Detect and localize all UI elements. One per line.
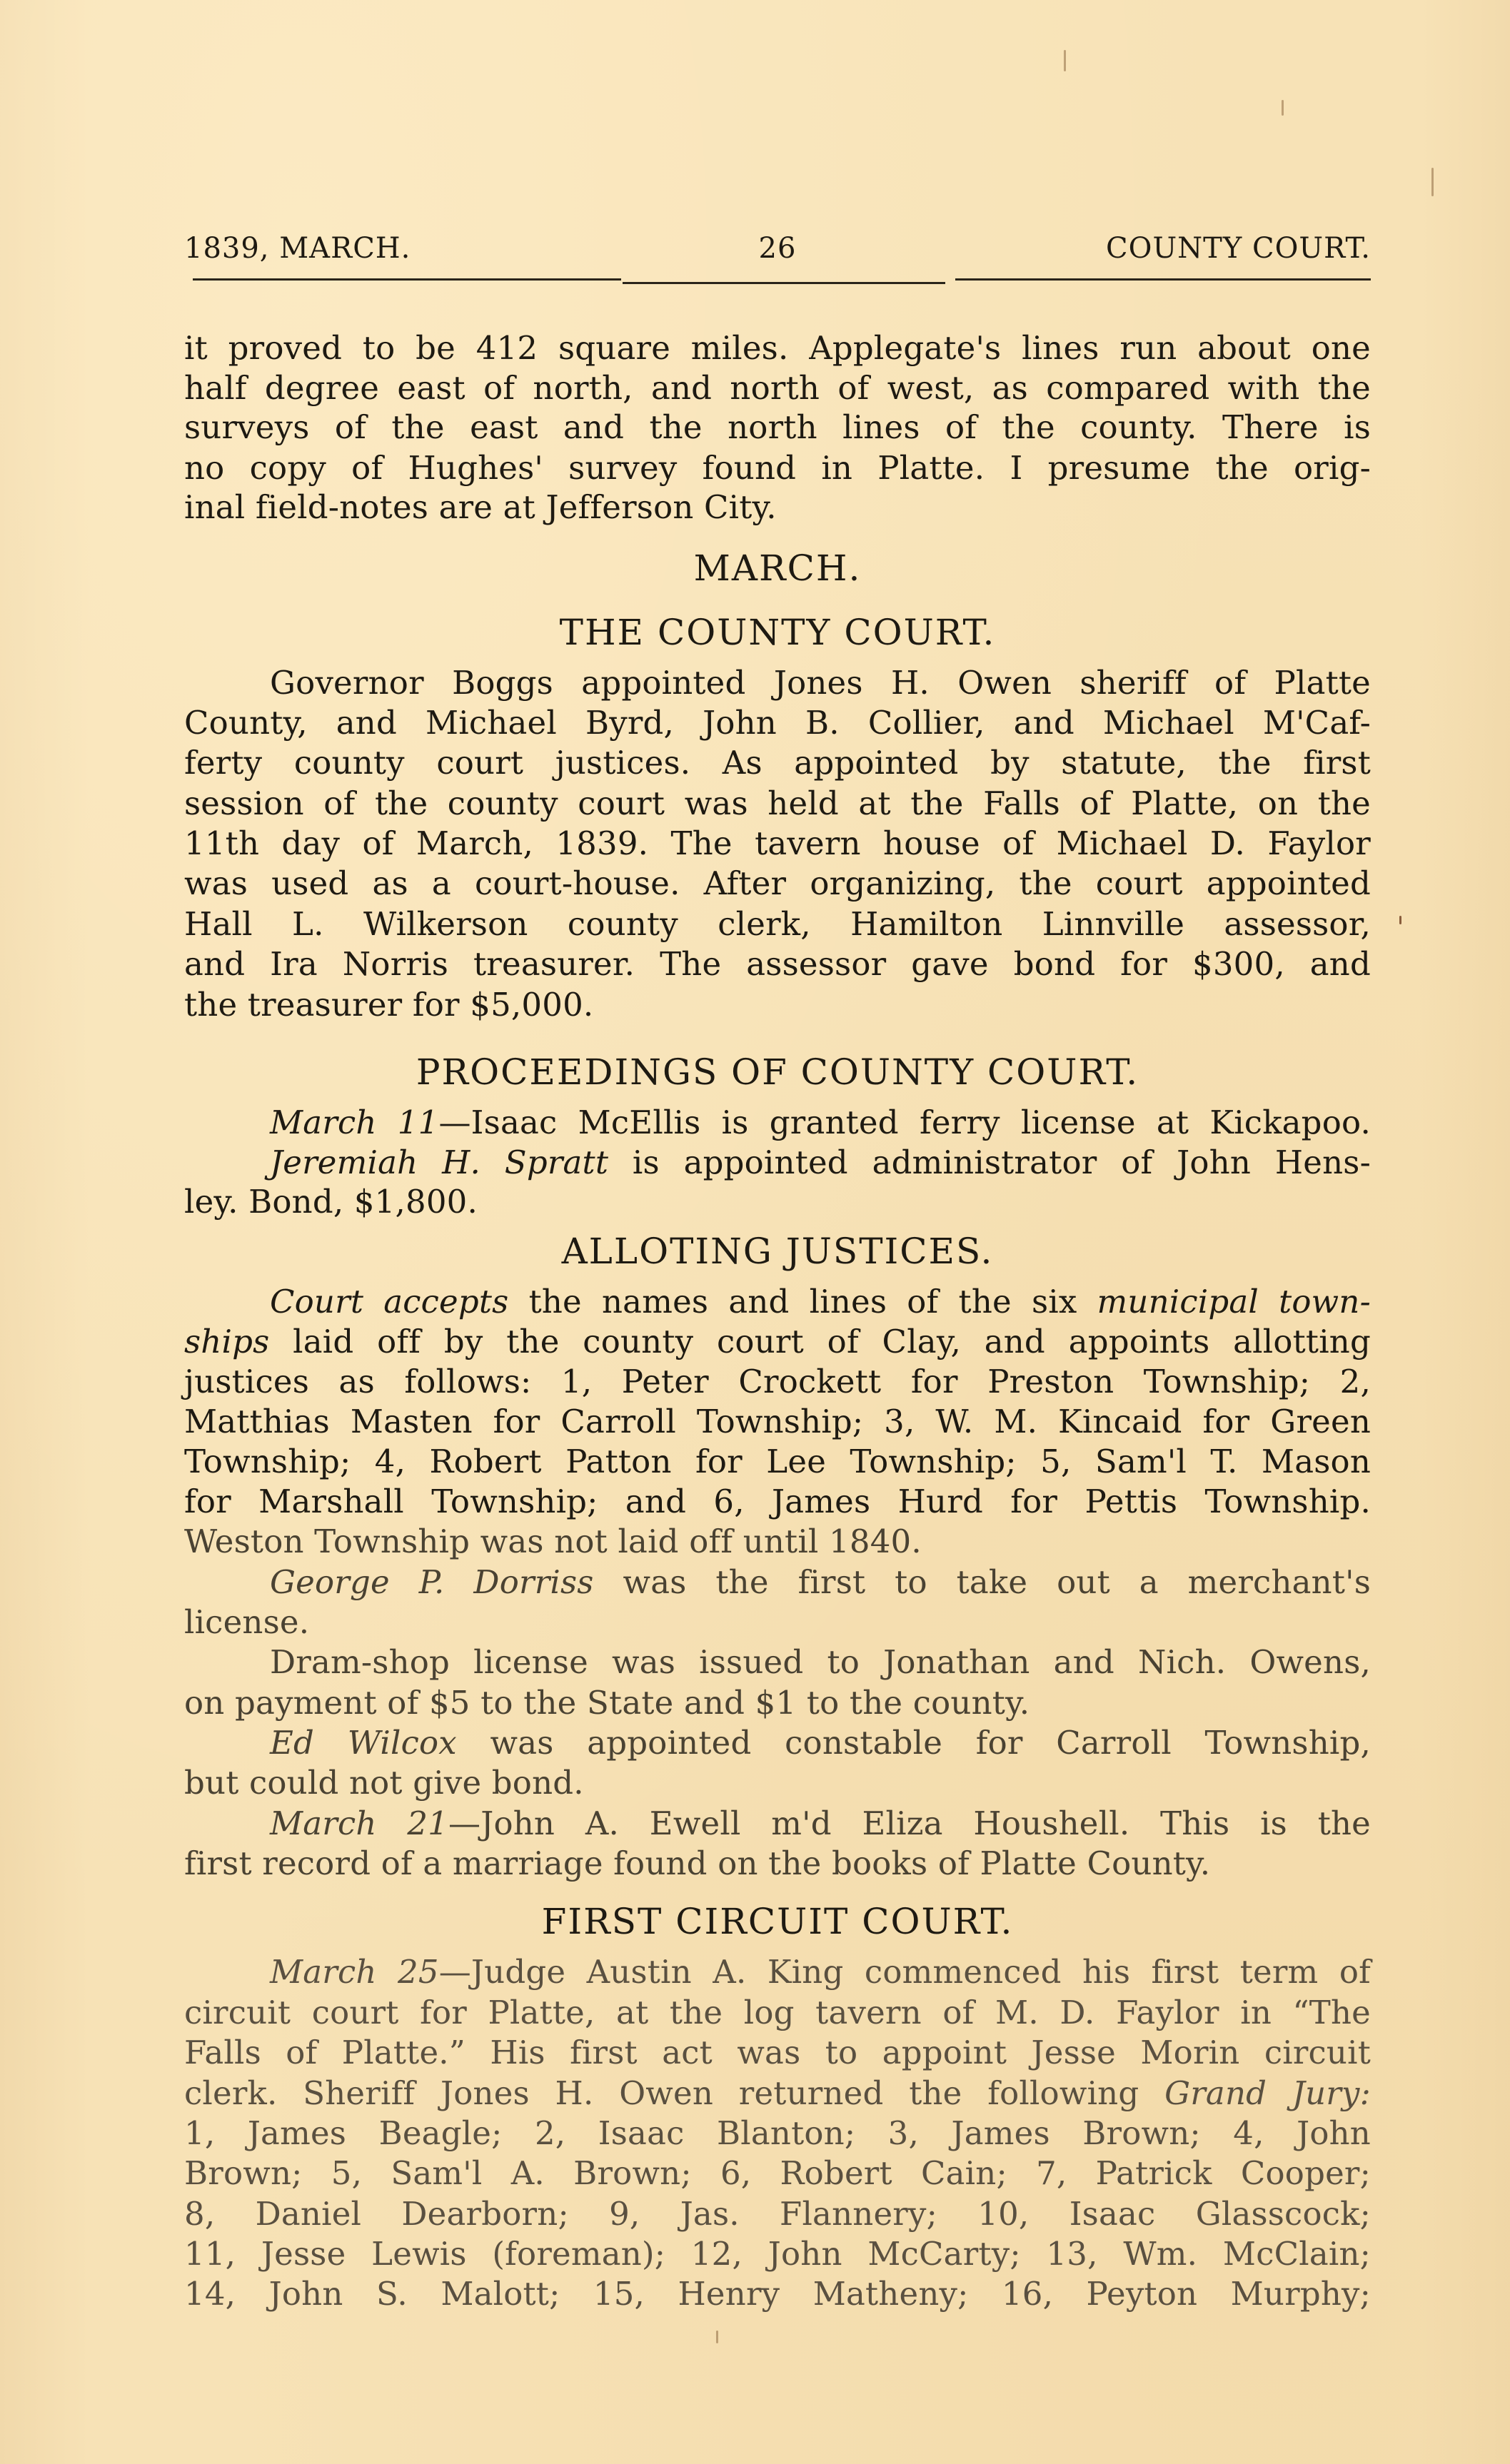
text-line: for Marshall Township; and 6, James Hurd… — [184, 1482, 1371, 1522]
paper-speck — [1282, 100, 1284, 116]
entry-line: Ed Wilcox was appointed constable for Ca… — [270, 1723, 1371, 1763]
jury-line: 1, James Beagle; 2, Isaac Blanton; 3, Ja… — [184, 2114, 1371, 2154]
entry-line: Court accepts the names and lines of the… — [270, 1282, 1371, 1322]
text-line: justices as follows: 1, Peter Crockett f… — [184, 1362, 1371, 1402]
text-line: half degree east of north, and north of … — [184, 368, 1371, 408]
paper-speck — [716, 2331, 718, 2343]
text-line: no copy of Hughes' survey found in Platt… — [184, 448, 1371, 488]
text-line: license. — [184, 1602, 1371, 1642]
text-line: ley. Bond, $1,800. — [184, 1182, 1371, 1222]
entry-line: March 11—Isaac McEllis is granted ferry … — [270, 1103, 1371, 1143]
book-page: 1839, MARCH. 26 COUNTY COURT. it proved … — [0, 0, 1510, 2464]
text-line: Falls of Platte.” His first act was to a… — [184, 2033, 1371, 2073]
text-line: 11th day of March, 1839. The tavern hous… — [184, 824, 1371, 864]
entry-line: clerk. Sheriff Jones H. Owen returned th… — [184, 2074, 1371, 2114]
jury-line: 14, John S. Malott; 15, Henry Matheny; 1… — [184, 2274, 1371, 2314]
entry-line: Dram-shop license was issued to Jonathan… — [270, 1642, 1371, 1682]
person-name: Jeremiah H. Spratt — [270, 1143, 608, 1181]
jury-line: 8, Daniel Dearborn; 9, Jas. Flannery; 10… — [184, 2194, 1371, 2234]
entry-line: ships laid off by the county court of Cl… — [184, 1322, 1371, 1362]
text-line: Township; 4, Robert Patton for Lee Towns… — [184, 1442, 1371, 1482]
entry-line: March 21—John A. Ewell m'd Eliza Houshel… — [270, 1804, 1371, 1844]
header-rule-center — [623, 282, 945, 284]
header-rule-left — [193, 278, 621, 281]
header-rule-right — [955, 278, 1371, 281]
entry-line: Jeremiah H. Spratt is appointed administ… — [270, 1143, 1371, 1183]
running-head: 1839, MARCH. 26 COUNTY COURT. — [184, 227, 1371, 270]
text-line: surveys of the east and the north lines … — [184, 408, 1371, 448]
text-line: session of the county court was held at … — [184, 784, 1371, 824]
paper-speck — [1064, 50, 1066, 71]
section-heading-proceedings: PROCEEDINGS OF COUNTY COURT. — [184, 1049, 1371, 1095]
text-line: first record of a marriage found on the … — [184, 1844, 1371, 1884]
text-line: Governor Boggs appointed Jones H. Owen s… — [270, 663, 1371, 703]
text-line: circuit court for Platte, at the log tav… — [184, 1993, 1371, 2033]
text-line: Weston Township was not laid off until 1… — [184, 1522, 1371, 1562]
text-line: was used as a court-house. After organiz… — [184, 864, 1371, 904]
text-line: the treasurer for $5,000. — [184, 985, 1371, 1025]
text-line: but could not give bond. — [184, 1763, 1371, 1803]
entry-line: March 25—Judge Austin A. King commenced … — [270, 1952, 1371, 1992]
section-heading-march: MARCH. — [184, 545, 1371, 591]
text-line: on payment of $5 to the State and $1 to … — [184, 1683, 1371, 1723]
text-line: and Ira Norris treasurer. The assessor g… — [184, 944, 1371, 984]
section-heading-alloting: ALLOTING JUSTICES. — [184, 1228, 1371, 1274]
entry-date: March 11 — [270, 1104, 438, 1141]
paper-speck — [1431, 168, 1434, 196]
section-heading-circuit-court: FIRST CIRCUIT COURT. — [184, 1899, 1371, 1944]
text-line: it proved to be 412 square miles. Appleg… — [184, 328, 1371, 368]
running-head-right: COUNTY COURT. — [1106, 227, 1371, 270]
entry-line: George P. Dorriss was the first to take … — [270, 1562, 1371, 1602]
jury-line: 11, Jesse Lewis (foreman); 12, John McCa… — [184, 2234, 1371, 2274]
text-line: ferty county court justices. As appointe… — [184, 743, 1371, 783]
text-line: Matthias Masten for Carroll Township; 3,… — [184, 1402, 1371, 1442]
paper-speck — [1399, 916, 1401, 924]
text-line: Hall L. Wilkerson county clerk, Hamilton… — [184, 904, 1371, 944]
text-line: County, and Michael Byrd, John B. Collie… — [184, 703, 1371, 743]
text-line: inal field-notes are at Jefferson City. — [184, 488, 1371, 527]
section-subheading-county-court: THE COUNTY COURT. — [184, 610, 1371, 655]
jury-line: Brown; 5, Sam'l A. Brown; 6, Robert Cain… — [184, 2154, 1371, 2193]
